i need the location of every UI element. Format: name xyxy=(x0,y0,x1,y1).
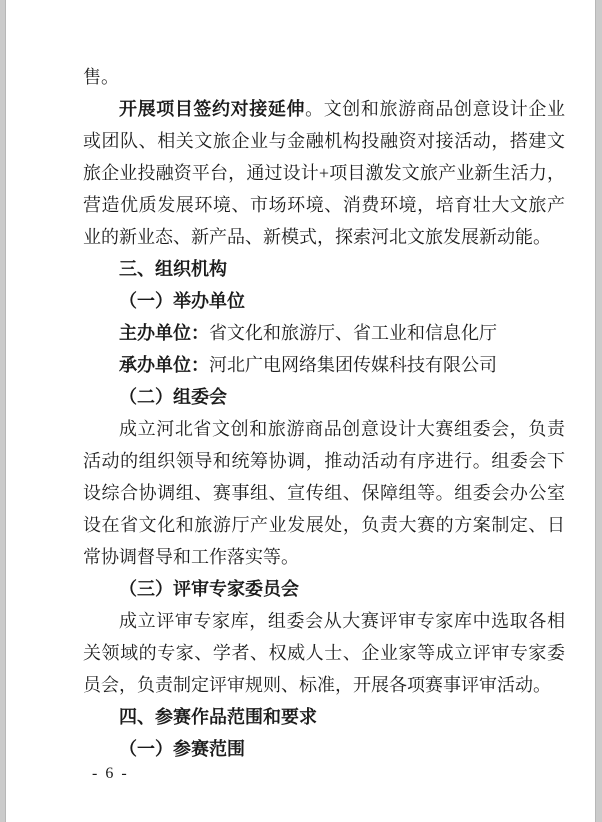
paragraph-bold-lead: 开展项目签约对接延伸 xyxy=(119,99,305,119)
paragraph-body-text: 。文创和旅游商品创意设计企业或团队、相关文旅企业与金融机构投融资对接活动，搭建文… xyxy=(83,99,565,247)
paragraph-expert-committee: 成立评审专家库，组委会从大赛评审专家库中选取各相关领域的专家、学者、权威人士、企… xyxy=(83,605,565,701)
organizer-unit-value: 河北广电网络集团传媒科技有限公司 xyxy=(209,355,497,375)
paragraph-organizing-committee: 成立河北省文创和旅游商品创意设计大赛组委会，负责活动的组织领导和统筹协调，推动活… xyxy=(83,413,565,573)
page-number: - 6 - xyxy=(92,764,129,784)
host-unit-value: 省文化和旅游厅、省工业和信息化厅 xyxy=(209,323,497,343)
heading-expert-committee: （三）评审专家委员会 xyxy=(83,573,565,605)
document-page: 售。 开展项目签约对接延伸。文创和旅游商品创意设计企业或团队、相关文旅企业与金融… xyxy=(6,0,595,822)
host-unit-line: 主办单位：省文化和旅游厅、省工业和信息化厅 xyxy=(83,317,565,349)
canvas-edge-right xyxy=(595,0,602,822)
heading-section-3-organization: 三、组织机构 xyxy=(83,253,565,285)
heading-section-4-entries: 四、参赛作品范围和要求 xyxy=(83,701,565,733)
organizer-unit-label: 承办单位： xyxy=(119,355,209,375)
paragraph-sign-docking: 开展项目签约对接延伸。文创和旅游商品创意设计企业或团队、相关文旅企业与金融机构投… xyxy=(83,93,565,253)
heading-host-units: （一）举办单位 xyxy=(83,285,565,317)
paragraph-continuation: 售。 xyxy=(83,61,565,93)
organizer-unit-line: 承办单位：河北广电网络集团传媒科技有限公司 xyxy=(83,349,565,381)
document-viewport: 售。 开展项目签约对接延伸。文创和旅游商品创意设计企业或团队、相关文旅企业与金融… xyxy=(0,0,602,822)
heading-organizing-committee: （二）组委会 xyxy=(83,381,565,413)
heading-entry-range: （一）参赛范围 xyxy=(83,733,565,765)
host-unit-label: 主办单位： xyxy=(119,323,209,343)
